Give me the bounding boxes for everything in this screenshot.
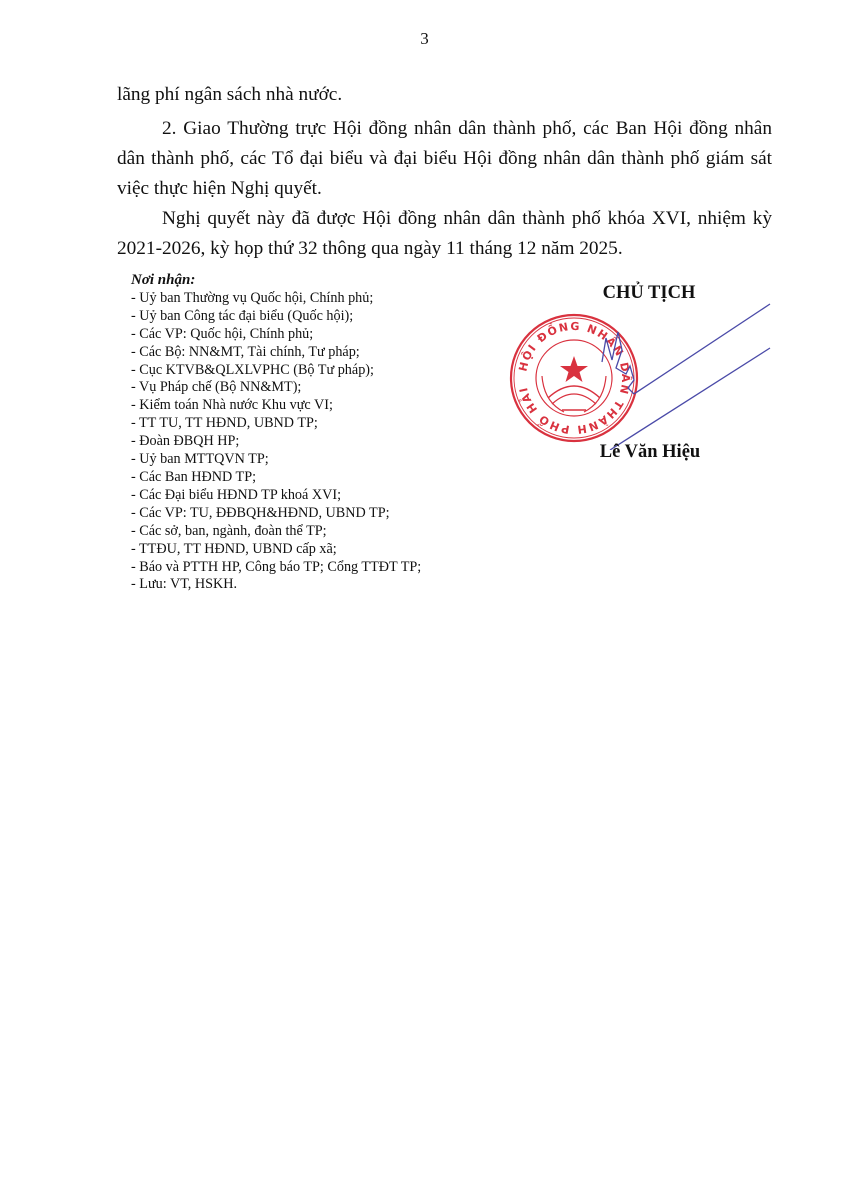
recipient-item: - Vụ Pháp chế (Bộ NN&MT);: [131, 379, 421, 397]
recipient-item: - Các VP: TU, ĐĐBQH&HĐND, UBND TP;: [131, 505, 421, 523]
recipient-item: - Các Ban HĐND TP;: [131, 469, 421, 487]
paragraph-adoption: Nghị quyết này đã được Hội đồng nhân dân…: [117, 204, 772, 264]
recipient-item: - Cục KTVB&QLXLVPHC (Bộ Tư pháp);: [131, 362, 421, 380]
paragraph-assignment: 2. Giao Thường trực Hội đồng nhân dân th…: [117, 114, 772, 204]
recipient-item: - Đoàn ĐBQH HP;: [131, 433, 421, 451]
recipient-item: - Các Bộ: NN&MT, Tài chính, Tư pháp;: [131, 344, 421, 362]
signer-name: Lê Văn Hiệu: [580, 442, 720, 463]
recipient-item: - Báo và PTTH HP, Công báo TP; Cổng TTĐT…: [131, 559, 421, 577]
recipient-item: - Các sở, ban, ngành, đoàn thể TP;: [131, 523, 421, 541]
recipient-item: - Uỷ ban Thường vụ Quốc hội, Chính phủ;: [131, 290, 421, 308]
recipient-item: - Kiểm toán Nhà nước Khu vực VI;: [131, 397, 421, 415]
recipient-item: - TTĐU, TT HĐND, UBND cấp xã;: [131, 541, 421, 559]
paragraph-continuation: lãng phí ngân sách nhà nước.: [117, 80, 772, 110]
recipient-item: - Các VP: Quốc hội, Chính phủ;: [131, 326, 421, 344]
recipient-item: - Các Đại biểu HĐND TP khoá XVI;: [131, 487, 421, 505]
recipient-item: - Lưu: VT, HSKH.: [131, 576, 421, 594]
recipients-list: - Uỷ ban Thường vụ Quốc hội, Chính phủ;-…: [131, 290, 421, 594]
page-number: 3: [0, 29, 849, 49]
recipients-block: Nơi nhận: - Uỷ ban Thường vụ Quốc hội, C…: [131, 272, 421, 594]
recipient-item: - TT TU, TT HĐND, UBND TP;: [131, 415, 421, 433]
recipient-item: - Uỷ ban MTTQVN TP;: [131, 451, 421, 469]
recipient-item: - Uỷ ban Công tác đại biểu (Quốc hội);: [131, 308, 421, 326]
recipients-title: Nơi nhận:: [131, 272, 421, 290]
handwritten-signature-icon: [600, 290, 775, 450]
